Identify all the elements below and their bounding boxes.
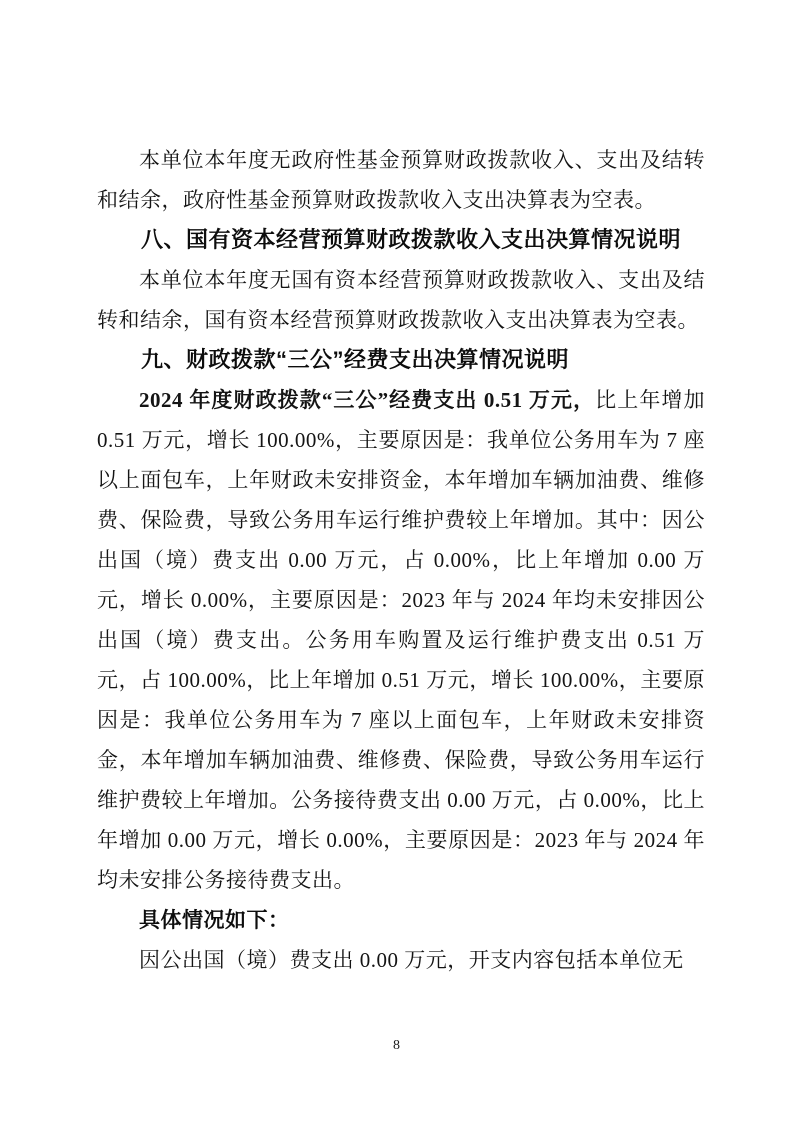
- paragraph-state-capital-budget: 本单位本年度无国有资本经营预算财政拨款收入、支出及结转和结余，国有资本经营预算财…: [97, 260, 705, 340]
- document-page: 本单位本年度无政府性基金预算财政拨款收入、支出及结转和结余，政府性基金预算财政拨…: [0, 0, 793, 1122]
- heading-section-8: 八、国有资本经营预算财政拨款收入支出决算情况说明: [97, 220, 705, 260]
- heading-details: 具体情况如下：: [97, 900, 705, 940]
- page-number: 8: [393, 1038, 400, 1053]
- paragraph-abroad-detail: 因公出国（境）费支出 0.00 万元，开支内容包括本单位无: [97, 940, 705, 980]
- sangong-expense-bold-lead: 2024 年度财政拨款“三公”经费支出 0.51 万元，: [139, 388, 595, 412]
- paragraph-gov-fund-budget: 本单位本年度无政府性基金预算财政拨款收入、支出及结转和结余，政府性基金预算财政拨…: [97, 140, 705, 220]
- document-content: 本单位本年度无政府性基金预算财政拨款收入、支出及结转和结余，政府性基金预算财政拨…: [97, 140, 705, 980]
- heading-section-9: 九、财政拨款“三公”经费支出决算情况说明: [97, 340, 705, 380]
- sangong-expense-body: 比上年增加 0.51 万元，增长 100.00%，主要原因是：我单位公务用车为 …: [97, 388, 705, 892]
- paragraph-sangong-expense: 2024 年度财政拨款“三公”经费支出 0.51 万元，比上年增加 0.51 万…: [97, 380, 705, 900]
- page-footer: 8: [0, 1036, 793, 1056]
